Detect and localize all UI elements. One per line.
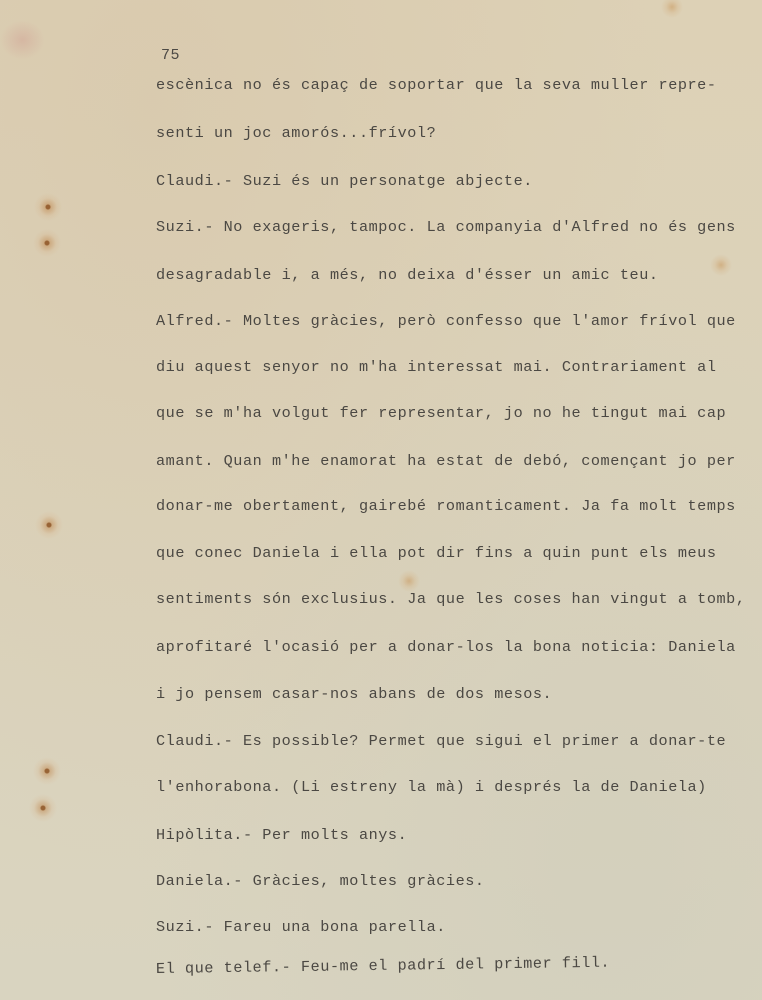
dialogue-line: Alfred.- Moltes gràcies, però confesso q… [156, 312, 736, 330]
rust-stain [33, 192, 63, 222]
dialogue-line: Suzi.- Fareu una bona parella. [156, 918, 446, 936]
text-line: aprofitaré l'ocasió per a donar-los la b… [156, 638, 736, 656]
dialogue-line: Daniela.- Gràcies, moltes gràcies. [156, 872, 485, 890]
text-line: desagradable i, a més, no deixa d'ésser … [156, 266, 659, 284]
text-line: amant. Quan m'he enamorat ha estat de de… [156, 452, 736, 470]
text-line: sentiments són exclusius. Ja que les cos… [156, 590, 746, 608]
dialogue-line: Hipòlita.- Per molts anys. [156, 826, 407, 844]
rust-stain [32, 228, 62, 258]
page-number: 75 [161, 47, 180, 64]
dialogue-line: Suzi.- No exageris, tampoc. La companyia… [156, 218, 736, 236]
manuscript-page: 75 escènica no és capaç de soportar que … [0, 0, 762, 1000]
paper-discoloration [0, 20, 45, 60]
rust-stain [28, 793, 58, 823]
text-line: diu aquest senyor no m'ha interessat mai… [156, 358, 717, 376]
text-line: donar-me obertament, gairebé romanticame… [156, 497, 736, 515]
foxing-spot [710, 254, 732, 276]
dialogue-line: Claudi.- Es possible? Permet que sigui e… [156, 732, 726, 750]
dialogue-line: Claudi.- Suzi és un personatge abjecte. [156, 172, 533, 190]
text-line: que se m'ha volgut fer representar, jo n… [156, 404, 726, 422]
foxing-spot [661, 0, 683, 18]
text-line: senti un joc amorós...frívol? [156, 124, 436, 142]
rust-stain [34, 510, 64, 540]
foxing-spot [398, 570, 420, 592]
text-line: i jo pensem casar-nos abans de dos mesos… [156, 685, 552, 703]
dialogue-line: El que telef.- Feu-me el padrí del prime… [156, 954, 610, 978]
text-line: escènica no és capaç de soportar que la … [156, 76, 717, 94]
rust-stain [32, 756, 62, 786]
text-line: l'enhorabona. (Li estreny la mà) i despr… [156, 778, 707, 796]
text-line: que conec Daniela i ella pot dir fins a … [156, 544, 717, 562]
